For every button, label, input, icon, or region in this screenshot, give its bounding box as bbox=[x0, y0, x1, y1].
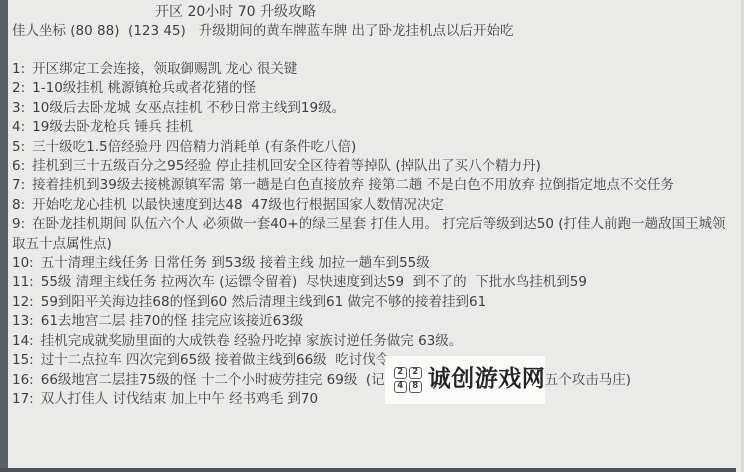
step-number: 17: bbox=[12, 390, 34, 409]
left-border-bar bbox=[0, 0, 8, 472]
page-title: 开区 20小时 70 升级攻略 bbox=[8, 3, 738, 22]
coords-line: 佳人坐标 (80 88) (123 45) 升级期间的黄车牌蓝车牌 出了卧龙挂机… bbox=[8, 22, 738, 41]
step-line-2: 2:1-10级挂机 桃源镇枪兵或者花猪的怪 bbox=[8, 79, 738, 98]
bottom-border-bar bbox=[0, 468, 736, 472]
step-number: 1: bbox=[12, 60, 25, 79]
guide-content: 开区 20小时 70 升级攻略 佳人坐标 (80 88) (123 45) 升级… bbox=[8, 3, 738, 409]
step-line-14: 14:挂机完成就奖励里面的大成铁卷 经验丹吃掉 家族讨逆任务做完 63级。 bbox=[8, 332, 738, 351]
step-line-11: 11:55级 清理主线任务 拉两次车 (运镖令留着) 尽快速度到达59 到不了的… bbox=[8, 273, 738, 292]
step-line-16: 16: 66级地宫二层挂75级的怪 十二个小时疲劳挂完 69级 (记 2 2 4… bbox=[8, 371, 738, 390]
step-number: 13: bbox=[12, 312, 34, 331]
step-number: 4: bbox=[12, 118, 25, 137]
step-number: 3: bbox=[12, 99, 25, 118]
step-line-1: 1:开区绑定工会连接，领取御赐凯 龙心 很关键 bbox=[8, 60, 738, 79]
guide-page: 开区 20小时 70 升级攻略 佳人坐标 (80 88) (123 45) 升级… bbox=[0, 0, 744, 472]
step-text: 1-10级挂机 桃源镇枪兵或者花猪的怪 bbox=[32, 80, 256, 96]
step-text: 19级去卧龙枪兵 锤兵 挂机 bbox=[32, 119, 193, 135]
step-number: 12: bbox=[12, 293, 34, 312]
step-text: 过十二点拉车 四次完到65级 接着做主线到66级 吃讨伐令 bbox=[41, 352, 390, 368]
step-number: 15: bbox=[12, 351, 34, 370]
step-text: 在卧龙挂机期间 队伍六个人 必须做一套40+的绿三星套 打佳人用。 打完后等级到… bbox=[12, 216, 726, 251]
step-text: 59到阳平关海边挂68的怪到60 然后清理主线到61 做完不够的接着挂到61 bbox=[41, 294, 486, 310]
step-text-prefix: 66级地宫二层挂75级的怪 十二个小时疲劳挂完 69级 (记 bbox=[41, 371, 385, 390]
step-number: 2: bbox=[12, 79, 25, 98]
step-number: 14: bbox=[12, 332, 34, 351]
step-text: 三十级吃1.5倍经验丹 四倍精力消耗单 (有条件吃八倍) bbox=[32, 139, 356, 155]
step-line-9: 9:在卧龙挂机期间 队伍六个人 必须做一套40+的绿三星套 打佳人用。 打完后等… bbox=[8, 215, 738, 254]
watermark-site-name: 诚创游戏网 bbox=[428, 370, 546, 389]
tile-digit: 4 bbox=[394, 381, 407, 393]
step-number: 16: bbox=[12, 371, 34, 390]
step-number: 9: bbox=[12, 215, 25, 234]
step-line-12: 12:59到阳平关海边挂68的怪到60 然后清理主线到61 做完不够的接着挂到6… bbox=[8, 293, 738, 312]
step-line-8: 8:开始吃龙心挂机 以最快速度到达48 47级也行根据国家人数情况决定 bbox=[8, 196, 738, 215]
step-line-15: 15:过十二点拉车 四次完到65级 接着做主线到66级 吃讨伐令 bbox=[8, 351, 738, 370]
step-text: 61去地宫二层 挂70的怪 挂完应该接近63级 bbox=[41, 313, 304, 329]
step-text: 双人打佳人 讨伐结束 加上中午 经书鸡毛 到70 bbox=[41, 391, 318, 407]
tiles-2248-icon: 2 2 4 8 bbox=[394, 367, 422, 393]
step-text: 挂机完成就奖励里面的大成铁卷 经验丹吃掉 家族讨逆任务做完 63级。 bbox=[41, 333, 463, 349]
step-line-6: 6:挂机到三十五级百分之95经验 停止挂机回安全区待着等掉队 (掉队出了买八个精… bbox=[8, 157, 738, 176]
step-line-7: 7:接着挂机到39级去接桃源镇军需 第一趟是白色直接放弃 接第二趟 不是白色不用… bbox=[8, 176, 738, 195]
step-text: 开区绑定工会连接，领取御赐凯 龙心 很关键 bbox=[32, 61, 297, 77]
step-text: 五十清理主线任务 日常任务 到53级 接着主线 加拉一趟车到55级 bbox=[41, 255, 430, 271]
step-text: 10级后去卧龙城 女巫点挂机 不秒日常主线到19级。 bbox=[32, 100, 345, 116]
step-line-4: 4:19级去卧龙枪兵 锤兵 挂机 bbox=[8, 118, 738, 137]
step-text: 55级 清理主线任务 拉两次车 (运镖令留着) 尽快速度到达59 到不了的 下批… bbox=[41, 274, 587, 290]
step-number: 11: bbox=[12, 273, 34, 292]
step-text: 接着挂机到39级去接桃源镇军需 第一趟是白色直接放弃 接第二趟 不是白色不用放弃… bbox=[32, 177, 674, 193]
tile-digit: 8 bbox=[409, 381, 422, 393]
step-line-10: 10:五十清理主线任务 日常任务 到53级 接着主线 加拉一趟车到55级 bbox=[8, 254, 738, 273]
step-line-3: 3:10级后去卧龙城 女巫点挂机 不秒日常主线到19级。 bbox=[8, 99, 738, 118]
step-number: 5: bbox=[12, 138, 25, 157]
step-number: 8: bbox=[12, 196, 25, 215]
step-line-5: 5:三十级吃1.5倍经验丹 四倍精力消耗单 (有条件吃八倍) bbox=[8, 138, 738, 157]
step-number: 7: bbox=[12, 176, 25, 195]
step-text-suffix: 五个攻击马庄) bbox=[545, 371, 631, 390]
site-watermark: 2 2 4 8 诚创游戏网 bbox=[385, 356, 545, 404]
step-line-17: 17:双人打佳人 讨伐结束 加上中午 经书鸡毛 到70 bbox=[8, 390, 738, 409]
step-number: 6: bbox=[12, 157, 25, 176]
step-line-13: 13:61去地宫二层 挂70的怪 挂完应该接近63级 bbox=[8, 312, 738, 331]
step-number: 10: bbox=[12, 254, 34, 273]
step-text: 开始吃龙心挂机 以最快速度到达48 47级也行根据国家人数情况决定 bbox=[32, 197, 444, 213]
step-text: 挂机到三十五级百分之95经验 停止挂机回安全区待着等掉队 (掉队出了买八个精力丹… bbox=[32, 158, 541, 174]
